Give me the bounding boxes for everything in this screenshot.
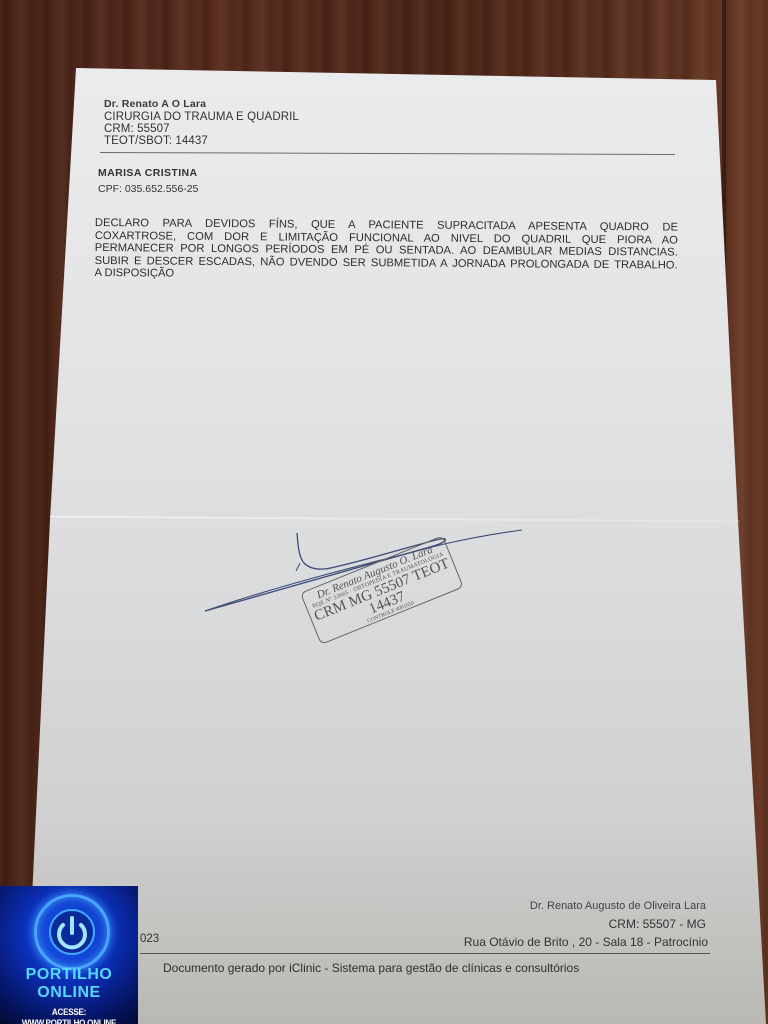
medical-certificate: Dr. Renato A O Lara CIRURGIA DO TRAUMA E… — [0, 0, 768, 1024]
footer-crm: CRM: 55507 - MG — [609, 917, 706, 931]
doctor-crm: CRM: 55507 — [104, 123, 170, 135]
logo-url[interactable]: ACESSE: WWW.PORTILHO.ONLINE — [10, 1007, 127, 1024]
logo-title-line1: PORTILHO — [0, 966, 138, 984]
generated-by-note: Documento gerado por iClinic - Sistema p… — [163, 961, 579, 975]
patient-cpf: CPF: 035.652.556-25 — [98, 183, 198, 195]
doctor-teot: TEOT/SBOT: 14437 — [104, 135, 208, 147]
doctor-specialty: CIRURGIA DO TRAUMA E QUADRIL — [104, 111, 299, 123]
header-divider — [100, 152, 675, 155]
declaration-text: DECLARO PARA DEVIDOS FÍNS, QUE A PACIENT… — [95, 217, 678, 285]
patient-name: MARISA CRISTINA — [98, 167, 198, 179]
footer-divider — [140, 953, 710, 954]
logo-ring — [34, 894, 110, 970]
power-icon — [37, 897, 107, 967]
logo-title-line2: ONLINE — [0, 984, 138, 1002]
doctor-short-name: Dr. Renato A O Lara — [104, 98, 206, 110]
portilho-online-watermark[interactable]: PORTILHO ONLINE ACESSE: WWW.PORTILHO.ONL… — [0, 886, 138, 1024]
footer-doctor-name: Dr. Renato Augusto de Oliveira Lara — [530, 900, 706, 912]
footer-date: 023 — [140, 933, 159, 945]
footer-address: Rua Otávio de Brito , 20 - Sala 18 - Pat… — [464, 935, 708, 949]
